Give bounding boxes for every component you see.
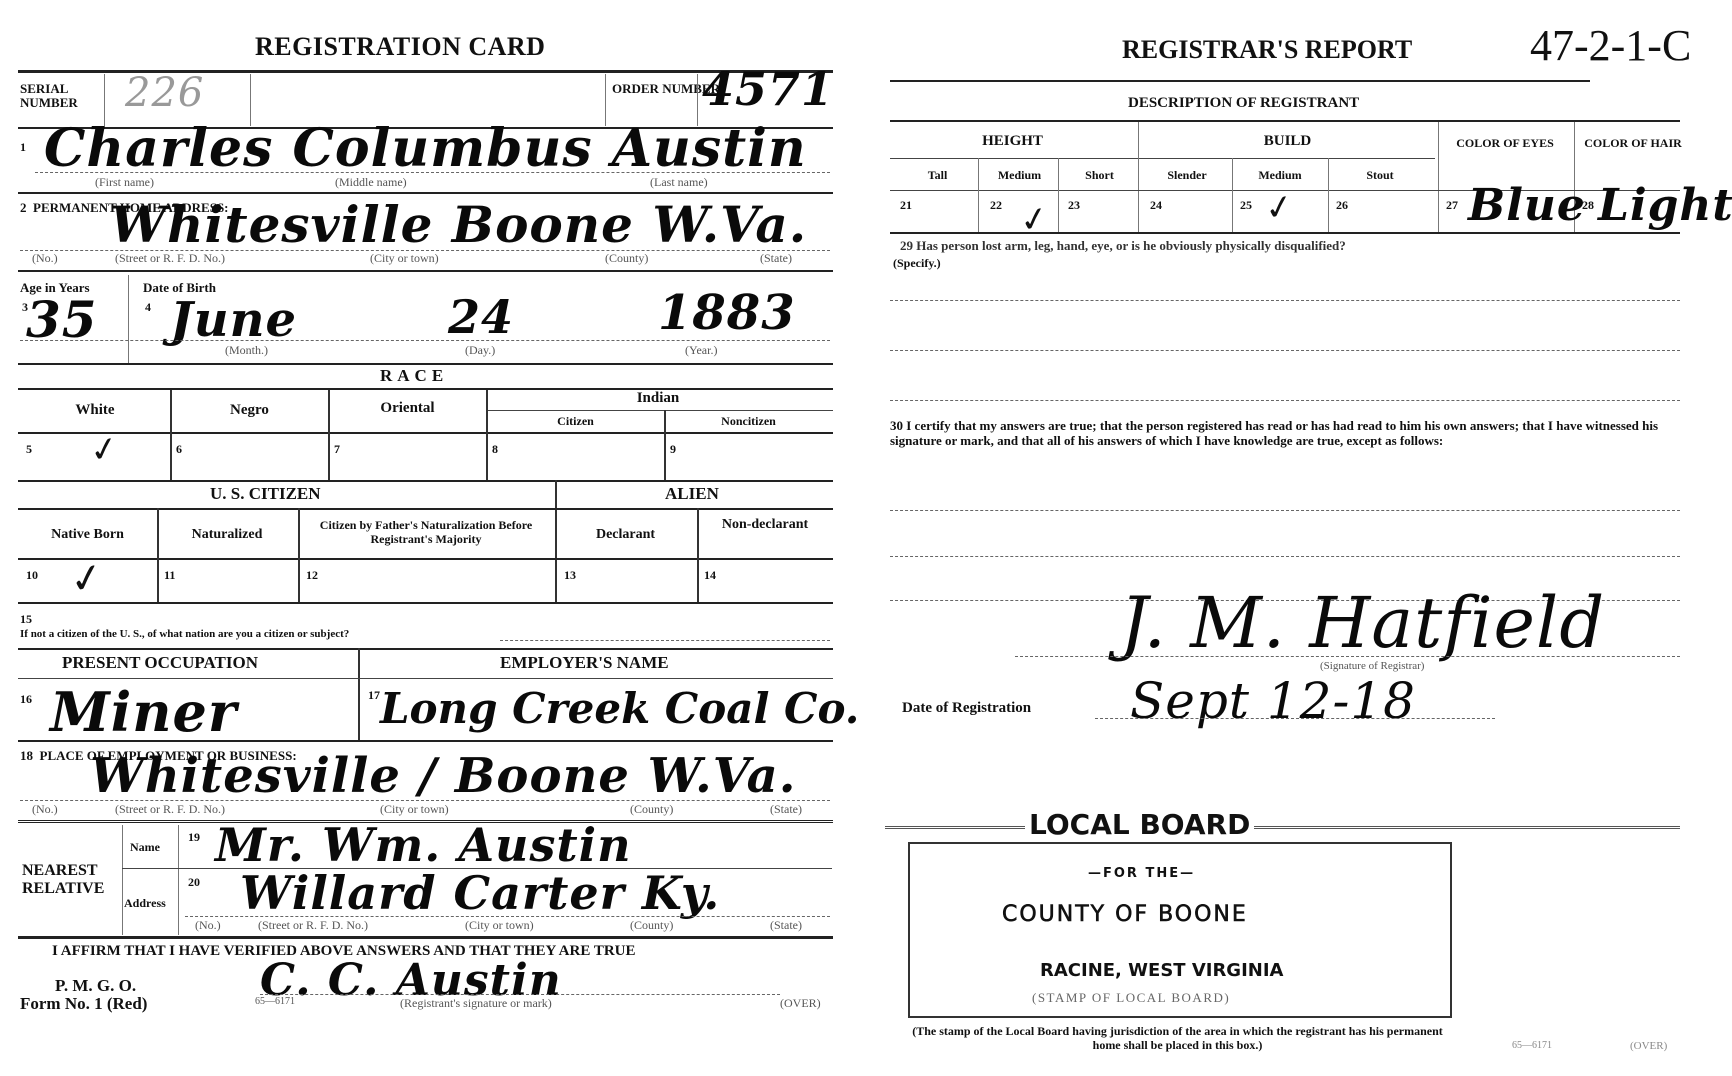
stamp-location: RACINE, WEST VIRGINIA — [1040, 960, 1283, 981]
question-29-specify: (Specify.) — [893, 256, 941, 271]
over-label: (OVER) — [780, 996, 821, 1011]
line-number: 8 — [492, 442, 498, 457]
build-title: BUILD — [1140, 133, 1435, 150]
race-header-white: White — [20, 402, 170, 419]
alien-header-nondeclarant: Non-declarant — [700, 518, 830, 532]
line-number: 28 — [1582, 198, 1594, 213]
hair-color-value: Light — [1598, 180, 1732, 231]
date-of-registration-value: Sept 12-18 — [1130, 672, 1416, 730]
caption: (County) — [605, 251, 648, 266]
divider — [18, 648, 833, 650]
employer-value: Long Creek Coal Co. — [380, 684, 859, 733]
line-number: 27 — [1446, 198, 1458, 213]
alien-header-declarant: Declarant — [558, 528, 693, 542]
divider — [978, 158, 979, 232]
form-id-number: Form No. 1 (Red) — [20, 994, 147, 1014]
over-label: (OVER) — [1630, 1040, 1667, 1052]
divider — [358, 648, 360, 740]
question-30: 30 I certify that my answers are true; t… — [890, 418, 1680, 448]
divider — [555, 480, 557, 602]
stamp-for-the: —FOR THE— — [1088, 866, 1195, 881]
alien-title: ALIEN — [665, 484, 719, 504]
serial-number-label: SERIAL NUMBER — [20, 82, 100, 110]
line-number: 9 — [670, 442, 676, 457]
divider — [697, 508, 699, 602]
build-slender-header: Slender — [1142, 168, 1232, 182]
divider — [18, 602, 833, 604]
caption: (City or town) — [465, 918, 534, 933]
line-number: 17 — [368, 688, 380, 703]
divider — [1058, 158, 1059, 232]
place-of-employment-value: Whitesville / Boone W.Va. — [90, 748, 796, 804]
build-medium-checkmark-icon: ✓ — [1262, 186, 1297, 230]
line-number: 13 — [564, 568, 576, 583]
divider — [500, 640, 830, 641]
caption: (Street or R. F. D. No.) — [115, 802, 225, 817]
line-number: 21 — [900, 198, 912, 213]
occupation-label: PRESENT OCCUPATION — [62, 653, 258, 673]
dob-year: 1883 — [658, 285, 796, 341]
relative-address-value: Willard Carter Ky. — [240, 866, 720, 920]
divider — [890, 120, 1680, 122]
line-number: 12 — [306, 568, 318, 583]
divider — [18, 432, 833, 434]
date-of-registration-label: Date of Registration — [902, 700, 1031, 717]
caption: (County) — [630, 802, 673, 817]
divider — [18, 508, 833, 510]
divider — [20, 340, 830, 341]
stamp-note: (The stamp of the Local Board having jur… — [905, 1024, 1450, 1052]
citizen-header-naturalized: Naturalized — [158, 528, 296, 542]
nearest-relative-label: NEAREST RELATIVE — [22, 862, 122, 898]
line-number: 11 — [164, 568, 175, 583]
card-title: REGISTRATION CARD — [255, 32, 545, 62]
line-number: 10 — [26, 568, 38, 583]
occupation-value: Miner — [50, 680, 237, 744]
divider — [488, 410, 833, 411]
line-number: 23 — [1068, 198, 1080, 213]
divider — [890, 80, 1590, 82]
home-address-value: Whitesville Boone W.Va. — [110, 195, 807, 254]
divider — [885, 826, 1680, 829]
divider — [35, 172, 830, 173]
line-number: 26 — [1336, 198, 1348, 213]
caption: (Year.) — [685, 343, 717, 358]
local-board-title: LOCAL BOARD — [1025, 808, 1254, 841]
divider — [157, 508, 159, 602]
report-title: REGISTRAR'S REPORT — [1122, 35, 1412, 65]
description-title: DESCRIPTION OF REGISTRANT — [1128, 95, 1359, 112]
divider — [298, 508, 300, 602]
divider — [18, 480, 833, 482]
divider — [18, 740, 833, 742]
citizen-header-fathers-naturalization: Citizen by Father's Naturalization Befor… — [300, 518, 552, 546]
report-code: 47-2-1-C — [1530, 20, 1691, 71]
signature-caption: (Registrant's signature or mark) — [400, 996, 552, 1011]
nation-question: If not a citizen of the U. S., of what n… — [20, 628, 349, 640]
caption: (City or town) — [370, 251, 439, 266]
relative-address-label: Address — [124, 896, 166, 911]
divider — [1138, 122, 1139, 232]
caption: (State) — [770, 918, 802, 933]
race-header-oriental: Oriental — [330, 400, 485, 417]
caption: (No.) — [32, 802, 58, 817]
divider — [328, 390, 330, 480]
divider — [128, 275, 129, 365]
caption: (Last name) — [650, 175, 708, 190]
divider — [18, 363, 833, 365]
divider — [178, 825, 179, 935]
caption: (No.) — [32, 251, 58, 266]
build-stout-header: Stout — [1330, 168, 1430, 182]
divider — [18, 192, 833, 194]
stamp-county: COUNTY OF BOONE — [1002, 902, 1248, 927]
line-number: 7 — [334, 442, 340, 457]
caption: (State) — [760, 251, 792, 266]
relative-name-label: Name — [130, 840, 160, 855]
serial-number-value: 226 — [125, 70, 204, 116]
citizen-header-native-born: Native Born — [20, 528, 155, 542]
divider — [890, 350, 1680, 351]
line-number: 25 — [1240, 198, 1252, 213]
print-code: 65—6171 — [255, 996, 295, 1007]
white-checkmark-icon: ✓ — [87, 428, 122, 472]
line-number: 22 — [990, 198, 1002, 213]
build-medium-header: Medium — [1235, 168, 1325, 182]
race-header-indian: Indian — [488, 390, 828, 407]
question-29: 29 Has person lost arm, leg, hand, eye, … — [900, 238, 1346, 254]
native-born-checkmark-icon: ✓ — [66, 553, 107, 604]
caption: (First name) — [95, 175, 154, 190]
caption: (Street or R. F. D. No.) — [115, 251, 225, 266]
divider — [1232, 158, 1233, 232]
divider — [486, 390, 488, 480]
line-number: 20 — [188, 875, 200, 890]
line-number: 18 — [20, 748, 33, 763]
race-header-negro: Negro — [172, 402, 327, 419]
divider — [890, 556, 1680, 557]
divider — [18, 558, 833, 560]
line-number: 2 — [20, 200, 27, 215]
divider — [20, 800, 830, 801]
divider — [18, 270, 833, 272]
us-citizen-title: U. S. CITIZEN — [210, 484, 321, 504]
divider — [122, 825, 123, 935]
line-number: 14 — [704, 568, 716, 583]
caption: (Middle name) — [335, 175, 407, 190]
eye-color-value: Blue — [1468, 180, 1586, 231]
divider — [18, 678, 833, 679]
print-code: 65—6171 — [1512, 1040, 1552, 1051]
dob-day: 24 — [448, 290, 514, 344]
race-header-indian-citizen: Citizen — [488, 414, 663, 428]
caption: (Day.) — [465, 343, 495, 358]
divider — [260, 994, 780, 995]
caption: (State) — [770, 802, 802, 817]
divider — [1438, 122, 1439, 232]
divider — [890, 158, 1435, 159]
relative-name-value: Mr. Wm. Austin — [215, 818, 632, 872]
form-id-pmgo: P. M. G. O. — [55, 976, 136, 996]
registrant-name: Charles Columbus Austin — [44, 118, 807, 179]
divider — [890, 400, 1680, 401]
eye-color-title: COLOR OF EYES — [1440, 136, 1570, 150]
caption: (No.) — [195, 918, 221, 933]
line-number: 6 — [176, 442, 182, 457]
divider — [1015, 656, 1680, 657]
employer-label: EMPLOYER'S NAME — [500, 653, 669, 673]
line-number: 5 — [26, 442, 32, 457]
hair-color-title: COLOR OF HAIR — [1578, 136, 1688, 150]
divider — [890, 510, 1680, 511]
divider — [664, 410, 666, 480]
divider — [890, 300, 1680, 301]
line-number: 1 — [20, 140, 26, 155]
line-number: 24 — [1150, 198, 1162, 213]
divider — [185, 916, 830, 917]
registrar-signature: J. M. Hatfield — [1120, 582, 1605, 664]
caption: (Street or R. F. D. No.) — [258, 918, 368, 933]
height-short-header: Short — [1062, 168, 1137, 182]
line-number: 4 — [145, 300, 151, 315]
divider — [1328, 158, 1329, 232]
line-number: 15 — [20, 612, 32, 627]
height-tall-header: Tall — [900, 168, 975, 182]
divider — [170, 390, 172, 480]
race-title: RACE — [380, 366, 448, 386]
registrar-signature-caption: (Signature of Registrar) — [1320, 660, 1424, 672]
caption: (County) — [630, 918, 673, 933]
caption: (City or town) — [380, 802, 449, 817]
caption: (Month.) — [225, 343, 268, 358]
order-number-value: 4571 — [702, 62, 834, 116]
height-medium-header: Medium — [982, 168, 1057, 182]
race-header-indian-noncitizen: Noncitizen — [666, 414, 831, 428]
divider — [890, 232, 1680, 234]
divider — [18, 936, 833, 939]
height-medium-checkmark-icon: ✓ — [1017, 198, 1052, 242]
stamp-caption: (STAMP OF LOCAL BOARD) — [1032, 990, 1230, 1006]
divider — [1095, 718, 1495, 719]
line-number: 19 — [188, 830, 200, 845]
line-number: 16 — [20, 692, 32, 707]
height-title: HEIGHT — [890, 133, 1135, 150]
